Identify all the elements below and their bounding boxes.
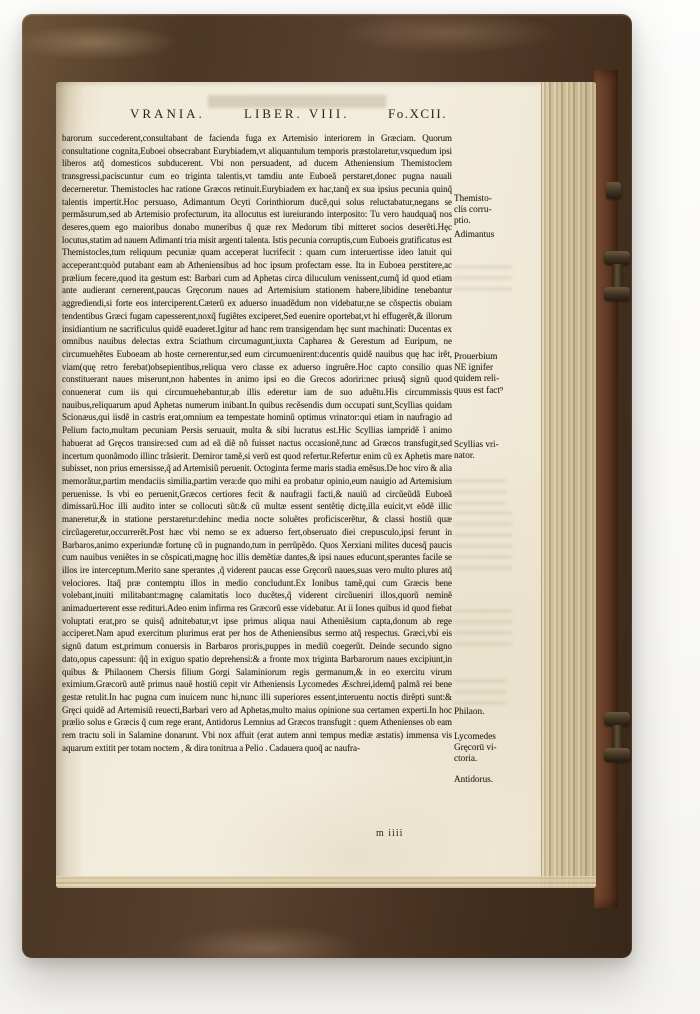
margin-note-philaon: Philaon. <box>454 706 524 717</box>
clasp-knob <box>606 182 621 199</box>
folio-number: Fo.XCII. <box>388 106 447 122</box>
margin-note-line: NE ignifer <box>454 362 524 373</box>
margin-note-antidorus: Antidorus. <box>454 774 524 785</box>
clasp-nub-icon <box>606 182 621 199</box>
margin-note-line: ptio. <box>454 215 524 226</box>
book-number: LIBER. VIII. <box>244 106 349 122</box>
clasp-knob <box>604 251 630 265</box>
margin-note-line: Adimantus <box>454 229 524 240</box>
running-header: VRANIA. LIBER. VIII. Fo.XCII. <box>56 106 516 122</box>
margin-note-line: quus est fact⁹ <box>454 385 524 396</box>
margin-note-line: Antidorus. <box>454 774 524 785</box>
margin-note-line: Gręcorū vi- <box>454 742 524 753</box>
quire-signature: m iiii <box>376 828 403 839</box>
margin-note-line: Scyllias vri- <box>454 439 524 450</box>
margin-note-line: quidem reli- <box>454 373 524 384</box>
page-content: VRANIA. LIBER. VIII. Fo.XCII. barorum su… <box>56 82 596 888</box>
margin-note-adimantus: Adimantus <box>454 229 524 240</box>
body-text: barorum succederent,consultabant de faci… <box>62 132 452 832</box>
clasp-bottom-icon <box>604 712 630 762</box>
margin-note-line: clis corru- <box>454 204 524 215</box>
page-recto: VRANIA. LIBER. VIII. Fo.XCII. barorum su… <box>56 82 596 888</box>
margin-note-lycomedes-victoria: Lycomedes Gręcorū vi- ctoria. <box>454 731 524 765</box>
margin-note-scyllias: Scyllias vri- nator. <box>454 439 524 461</box>
clasp-top-icon <box>604 251 630 301</box>
photo-stage: VRANIA. LIBER. VIII. Fo.XCII. barorum su… <box>0 0 700 1014</box>
book: VRANIA. LIBER. VIII. Fo.XCII. barorum su… <box>22 14 632 958</box>
clasp-bar <box>612 264 623 288</box>
margin-note-line: Prouerbium <box>454 351 524 362</box>
running-title: VRANIA. <box>130 106 205 122</box>
margin-note-themistoclis-corruptio: Themisto- clis corru- ptio. <box>454 193 524 227</box>
margin-note-line: Lycomedes <box>454 731 524 742</box>
clasp-knob <box>604 287 630 301</box>
margin-note-prouerbium: Prouerbium NE ignifer quidem reli- quus … <box>454 351 524 396</box>
clasp-knob <box>604 712 630 726</box>
clasp-knob <box>604 748 630 762</box>
margin-note-line: ctoria. <box>454 753 524 764</box>
margin-note-line: nator. <box>454 450 524 461</box>
margin-note-line: Themisto- <box>454 193 524 204</box>
margin-note-line: Philaon. <box>454 706 524 717</box>
clasp-bar <box>612 725 623 749</box>
